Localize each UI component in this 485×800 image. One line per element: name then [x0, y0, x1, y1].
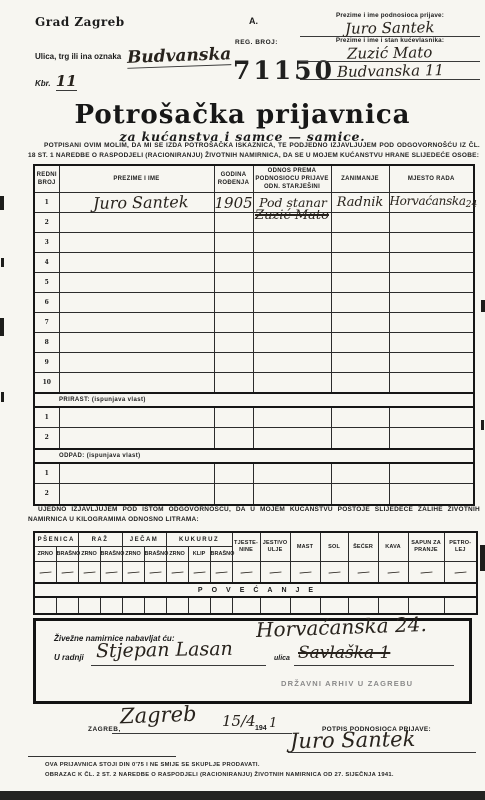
scan-artifact: [1, 392, 4, 402]
group-raz: RAŽ: [78, 532, 122, 547]
odpad-band: ODPAD: (ispunjava vlast): [34, 449, 474, 463]
handwritten-dash: —: [386, 564, 400, 580]
col-header-redni-broj: REDNI BROJ: [34, 165, 59, 193]
header-right-block: Prezime i ime podnosioca prijave: Juro S…: [300, 12, 480, 80]
landlord-name-line: Zuzić Mato: [300, 44, 480, 62]
date-underline: [112, 733, 292, 734]
odpad-row-1: 1: [34, 463, 474, 484]
col-header-prezime-ime: PREZIME I IME: [59, 165, 214, 193]
kbr-label: Kbr.: [35, 79, 51, 88]
applicant-name-line: Juro Santek: [300, 19, 480, 37]
signature-underline: [288, 752, 476, 753]
col-tjestenine: TJESTE-NINE: [232, 532, 260, 562]
col-kava: KAVA: [378, 532, 408, 562]
stock-values-row: — — — — — — — — — — — — — — — — —: [34, 562, 477, 584]
declaration-paragraph-2: UJEDNO IZJAVLJUJEM POD ISTOM ODGOVORNOŠĆ…: [28, 505, 480, 526]
house-number-field: Kbr. 11: [35, 72, 77, 90]
handwritten-dash: —: [148, 564, 162, 580]
fine-print-line-1: OVA PRIJAVNICA STOJI DIN 0'75 I NE SMIJE…: [45, 760, 475, 770]
prirast-row-1: 1: [34, 407, 474, 428]
street-field: Ulica, trg ili ina oznaka Budvanska: [35, 44, 232, 65]
person-row-4: 4: [34, 253, 474, 273]
supplies-group-header-row: PŠENICA RAŽ JEČAM KUKURUZ TJESTE-NINE JE…: [34, 532, 477, 547]
prirast-row-2: 2: [34, 428, 474, 449]
handwritten-workplace-number: 24: [466, 201, 477, 211]
landlord-address-line: Budvanska 11: [300, 62, 480, 80]
crossed-out-street: Savlaška 1: [298, 643, 390, 663]
ulica-label: ulica: [274, 655, 290, 662]
supplies-table: PŠENICA RAŽ JEČAM KUKURUZ TJESTE-NINE JE…: [33, 531, 478, 615]
scan-artifact: [1, 258, 4, 267]
crossed-out-name: Zuzić Mato: [255, 208, 329, 223]
purchase-box: Živežne namirnice nabavljat ću: U radnji…: [33, 618, 472, 704]
fine-print: OVA PRIJAVNICA STOJI DIN 0'75 I NE SMIJE…: [45, 760, 475, 781]
col-header-zanimanje: ZANIMANJE: [331, 165, 389, 193]
handwritten-dash: —: [356, 564, 370, 580]
person-row-1: 1 Juro Santek 1905 Pod stanar Radnik Hor…: [34, 193, 474, 213]
fine-print-line-2: OBRAZAC K ČL. 2 ST. 2 NAREDBE O RASPODJE…: [45, 770, 475, 780]
person-row-8: 8: [34, 333, 474, 353]
col-mast: MAST: [290, 532, 320, 562]
handwritten-signature: Juro Santek: [290, 727, 416, 753]
handwritten-dash: —: [453, 564, 467, 580]
persons-table: REDNI BROJ PREZIME I IME GODINA ROĐENJA …: [33, 164, 475, 506]
col-secer: ŠEĆER: [348, 532, 378, 562]
povecanje-band: POVEĆANJE: [34, 583, 477, 597]
prirast-band: PRIRAST: (ispunjava vlast): [34, 393, 474, 407]
applicant-handwritten-name: Juro Santek: [345, 18, 435, 38]
handwritten-dash: —: [327, 564, 341, 580]
scan-bottom-band: [0, 791, 485, 800]
person-row-9: 9: [34, 353, 474, 373]
handwritten-dash: —: [192, 564, 206, 580]
handwritten-dash: —: [38, 564, 52, 580]
handwritten-dash: —: [419, 564, 433, 580]
person-row-6: 6: [34, 293, 474, 313]
col-jestivo-ulje: JESTIVO ULJE: [260, 532, 290, 562]
landlord-handwritten-name: Zuzić Mato: [347, 43, 433, 62]
col-header-godina: GODINA ROĐENJA: [214, 165, 253, 193]
handwritten-person-name: Juro Santek: [93, 192, 189, 213]
povecanje-empty-row: [34, 597, 477, 614]
handwritten-occupation: Radnik: [337, 195, 384, 210]
col-sapun: SAPUN ZA PRANJE: [408, 532, 444, 562]
persons-header-row: REDNI BROJ PREZIME I IME GODINA ROĐENJA …: [34, 165, 474, 193]
handwritten-dash: —: [298, 564, 312, 580]
handwritten-workplace: Horvaćanska: [390, 194, 466, 208]
street-label: Ulica, trg ili ina oznaka: [35, 52, 121, 61]
scan-artifact: [0, 196, 4, 210]
handwritten-place: Zagreb: [120, 702, 197, 729]
handwritten-dash: —: [104, 564, 118, 580]
person-row-3: 3: [34, 233, 474, 253]
landlord-handwritten-address: Budvanska 11: [336, 61, 443, 81]
handwritten-dash: —: [239, 564, 253, 580]
handwritten-dash: —: [170, 564, 184, 580]
form-title: Potrošačka prijavnica: [0, 100, 485, 130]
group-jecam: JEČAM: [122, 532, 166, 547]
applicant-label: Prezime i ime podnosioca prijave:: [300, 12, 480, 19]
reg-number-label: REG. BROJ:: [235, 39, 278, 46]
notes-separator: [28, 756, 176, 757]
landlord-label: Prezime i ime i stan kućevlasnika:: [300, 37, 480, 44]
handwritten-dash: —: [60, 564, 74, 580]
place-label: ZAGREB,: [88, 726, 121, 733]
col-sol: SOL: [320, 532, 348, 562]
handwritten-dash: —: [268, 564, 282, 580]
street-underline: [294, 665, 454, 666]
handwritten-dash: —: [214, 564, 228, 580]
section-letter: A.: [249, 16, 258, 26]
group-kukuruz: KUKURUZ: [166, 532, 232, 547]
street-handwritten-value: Budvanska: [127, 44, 232, 69]
printed-year: 194: [255, 725, 267, 732]
scan-artifact: [481, 420, 484, 430]
odpad-row-2: 2: [34, 484, 474, 505]
handwritten-street-correction: Horvaćanska 24.: [256, 612, 427, 642]
handwritten-shop-name: Stjepan Lasan: [96, 638, 233, 662]
col-petrolej: PETRO-LEJ: [444, 532, 477, 562]
kbr-handwritten-value: 11: [56, 72, 77, 91]
person-row-2: 2 Zuzić Mato: [34, 213, 474, 233]
declaration-paragraph-1: POTPISANI OVIM MOLIM, DA MI SE IZDA POTR…: [28, 141, 480, 162]
col-header-mjesto-rada: MJESTO RADA: [389, 165, 474, 193]
handwritten-dash: —: [82, 564, 96, 580]
person-row-7: 7: [34, 313, 474, 333]
person-row-5: 5: [34, 273, 474, 293]
handwritten-date: 15/4: [222, 712, 256, 730]
scan-artifact: [481, 300, 485, 312]
handwritten-birth-year: 1905: [215, 194, 253, 212]
scan-artifact: [480, 545, 485, 571]
shop-underline: [91, 665, 266, 666]
scanned-form-page: Grad Zagreb Ulica, trg ili ina oznaka Bu…: [0, 0, 485, 800]
handwritten-year-digit: 1: [269, 716, 277, 731]
person-row-10: 10: [34, 373, 474, 393]
handwritten-dash: —: [126, 564, 140, 580]
archive-stamp: DRŽAVNI ARHIV U ZAGREBU: [281, 679, 413, 688]
col-header-odnos: ODNOS PREMA PODNOSIOCU PRIJAVE ODN. STAR…: [253, 165, 331, 193]
scan-artifact: [0, 318, 4, 336]
city-title: Grad Zagreb: [35, 15, 125, 29]
group-psenica: PŠENICA: [34, 532, 78, 547]
shop-label: U radnji: [54, 653, 84, 662]
